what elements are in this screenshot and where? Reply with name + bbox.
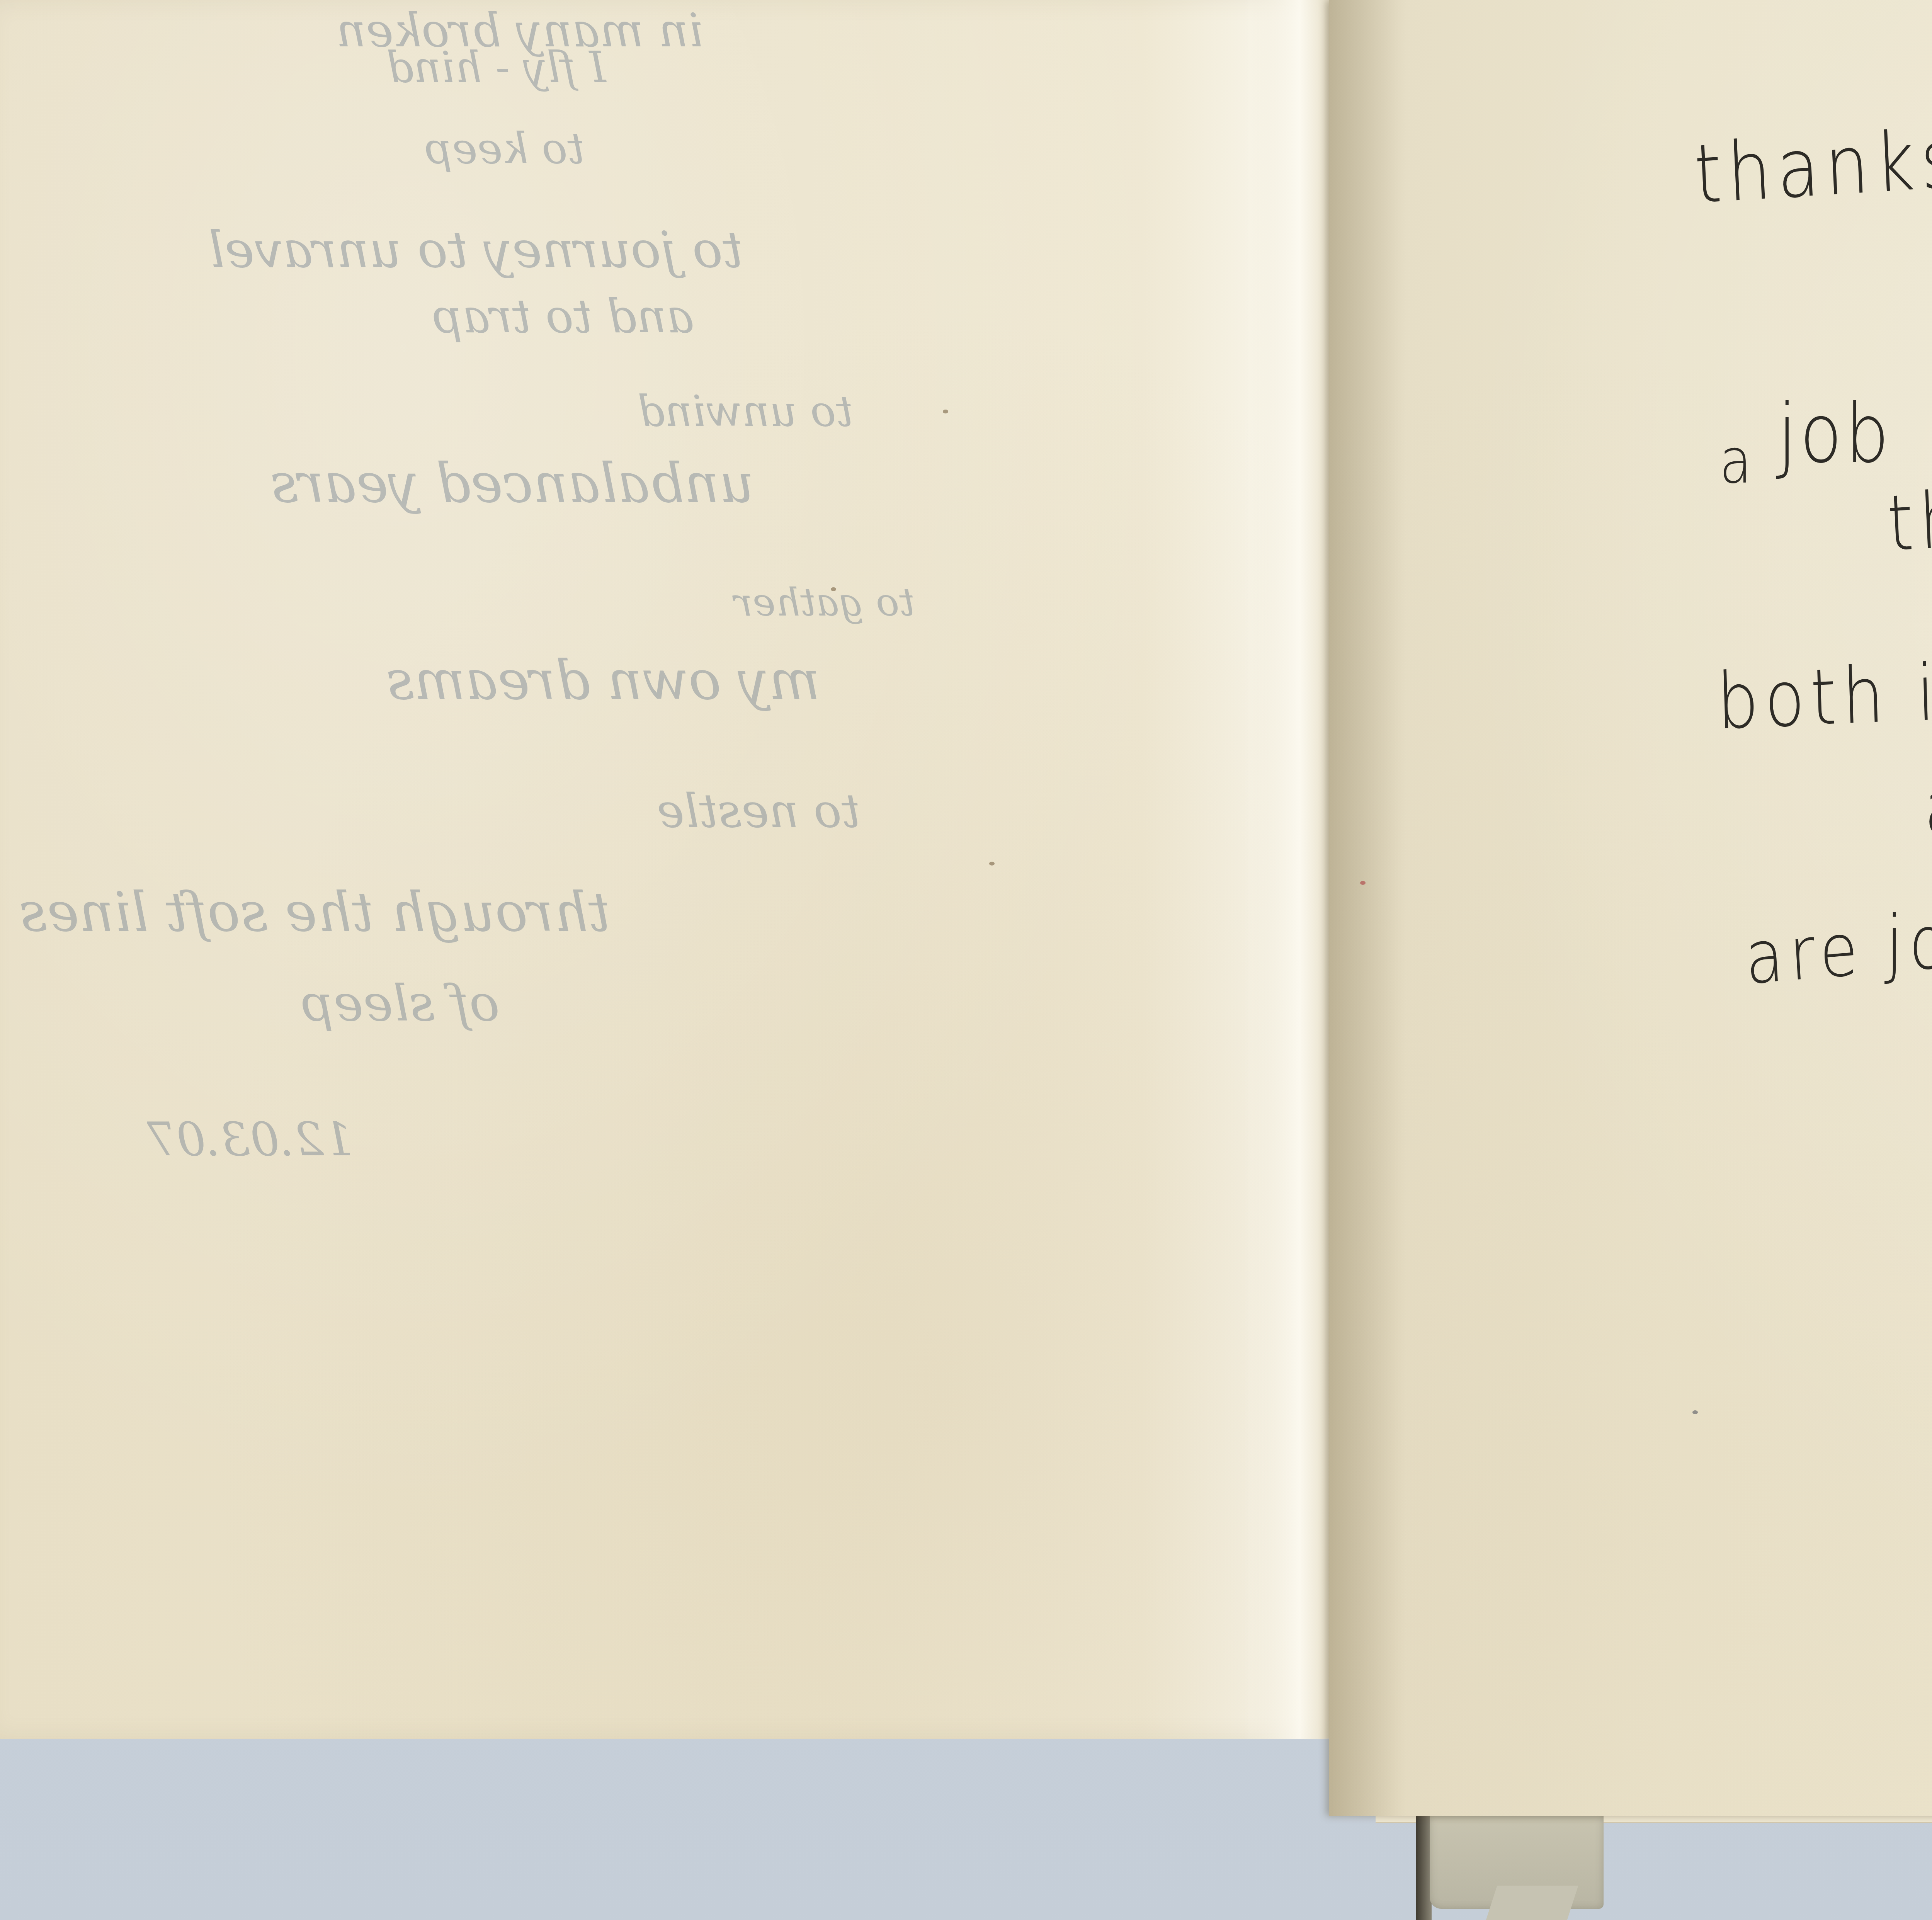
bleed-through-line: unbalanced years <box>270 452 754 515</box>
bleed-through-line: to gather <box>734 580 915 625</box>
bleed-through-line: through the soft lines <box>19 881 610 944</box>
bleed-through-line: to nestle <box>657 784 860 838</box>
bleed-through-line: to keep <box>425 124 585 173</box>
poem-word: a <box>1719 425 1758 497</box>
poem-line: and the done <box>1924 765 1932 850</box>
paper-fleck <box>831 587 836 591</box>
paper-fleck <box>943 410 948 413</box>
poem-word: joy's <box>1886 900 1932 986</box>
bleed-through-line: I fly - hind <box>386 43 606 92</box>
paper-fleck <box>1692 1410 1698 1414</box>
bleed-through-line: and to trap <box>433 290 694 344</box>
bleed-through-date: 12.03.07 <box>147 1113 353 1167</box>
cover-edge <box>1416 1812 1432 1920</box>
bleed-through-line: my own dreams <box>386 649 820 712</box>
bleed-through-line: to journey to unravel <box>209 220 743 279</box>
poem-word: job <box>1777 386 1893 481</box>
bleed-through-line: to unwind <box>638 386 853 436</box>
bleed-through-line: of sleep <box>301 974 500 1032</box>
poem-word: are <box>1743 906 1866 1001</box>
cardboard-cover-fold <box>1486 1886 1578 1920</box>
paper-fleck <box>989 862 995 866</box>
gutter-shadow <box>1329 0 1406 1816</box>
paper-fleck <box>1360 881 1366 885</box>
